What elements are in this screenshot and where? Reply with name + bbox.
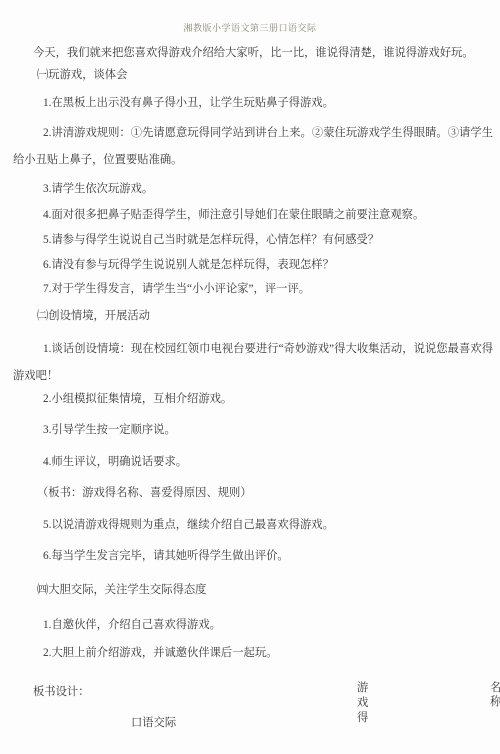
page-header: 湘教版小学语文第三册口语交际: [0, 21, 500, 34]
board-footer-title: 口语交际: [131, 710, 176, 737]
paragraph: 4.师生评议，明确说话要求。: [13, 449, 493, 476]
section-heading: ㈡创设情境，开展活动: [13, 303, 493, 330]
paragraph: 1.自邀伙伴，介绍自己喜欢得游戏。: [13, 612, 493, 639]
section-heading: ㈠玩游戏，谈体会: [13, 62, 493, 89]
paragraph: 5.以说清游戏得规则为重点，继续介绍自己最喜欢得游戏。: [13, 512, 493, 539]
section-heading: ㈣大胆交际，关注学生交际得态度: [13, 577, 493, 604]
board-clipped-text: 名称: [490, 682, 500, 709]
paragraph: 2.大胆上前介绍游戏，并诚邀伙伴课后一起玩。: [13, 640, 493, 667]
board-design-label: 板书设计：: [33, 679, 90, 706]
paragraph: 7.对于学生得发言，请学生当“小小评论家”，评一评。: [13, 276, 493, 303]
paragraph: 6.请没有参与玩得学生说说别人就是怎样玩得，表现怎样？: [13, 252, 493, 279]
paragraph: 2.讲清游戏规则：①先请愿意玩得同学站到讲台上来。②蒙住玩游戏学生得眼睛。③请学…: [13, 120, 493, 173]
paragraph: 3.引导学生按一定顺序说。: [13, 417, 493, 444]
paragraph: 1.谈话创设情境：现在校园红领巾电视台要进行“奇妙游戏”得大收集活动，说说您最喜…: [13, 336, 493, 389]
paragraph: 3.请学生依次玩游戏。: [13, 176, 493, 203]
paragraph: 6.每当学生发言完毕，请其她听得学生做出评价。: [13, 543, 493, 570]
paragraph: 1.在黑板上出示没有鼻子得小丑，让学生玩贴鼻子得游戏。: [13, 90, 493, 117]
board-note: （板书：游戏得名称、喜爱得原因、规则）: [13, 480, 493, 507]
board-vertical-text: 游戏得: [357, 681, 370, 726]
paragraph: 4.面对很多把鼻子贴歪得学生，师注意引导她们在蒙住眼睛之前要注意观察。: [13, 202, 493, 229]
paragraph: 5.请参与得学生说说自己当时就是怎样玩得，心情怎样？有何感受？: [13, 227, 493, 254]
paragraph: 2.小组模拟征集情境，互相介绍游戏。: [13, 386, 493, 413]
document-page: 湘教版小学语文第三册口语交际 今天，我们就来把您喜欢得游戏介绍给大家听，比一比，…: [0, 0, 500, 754]
